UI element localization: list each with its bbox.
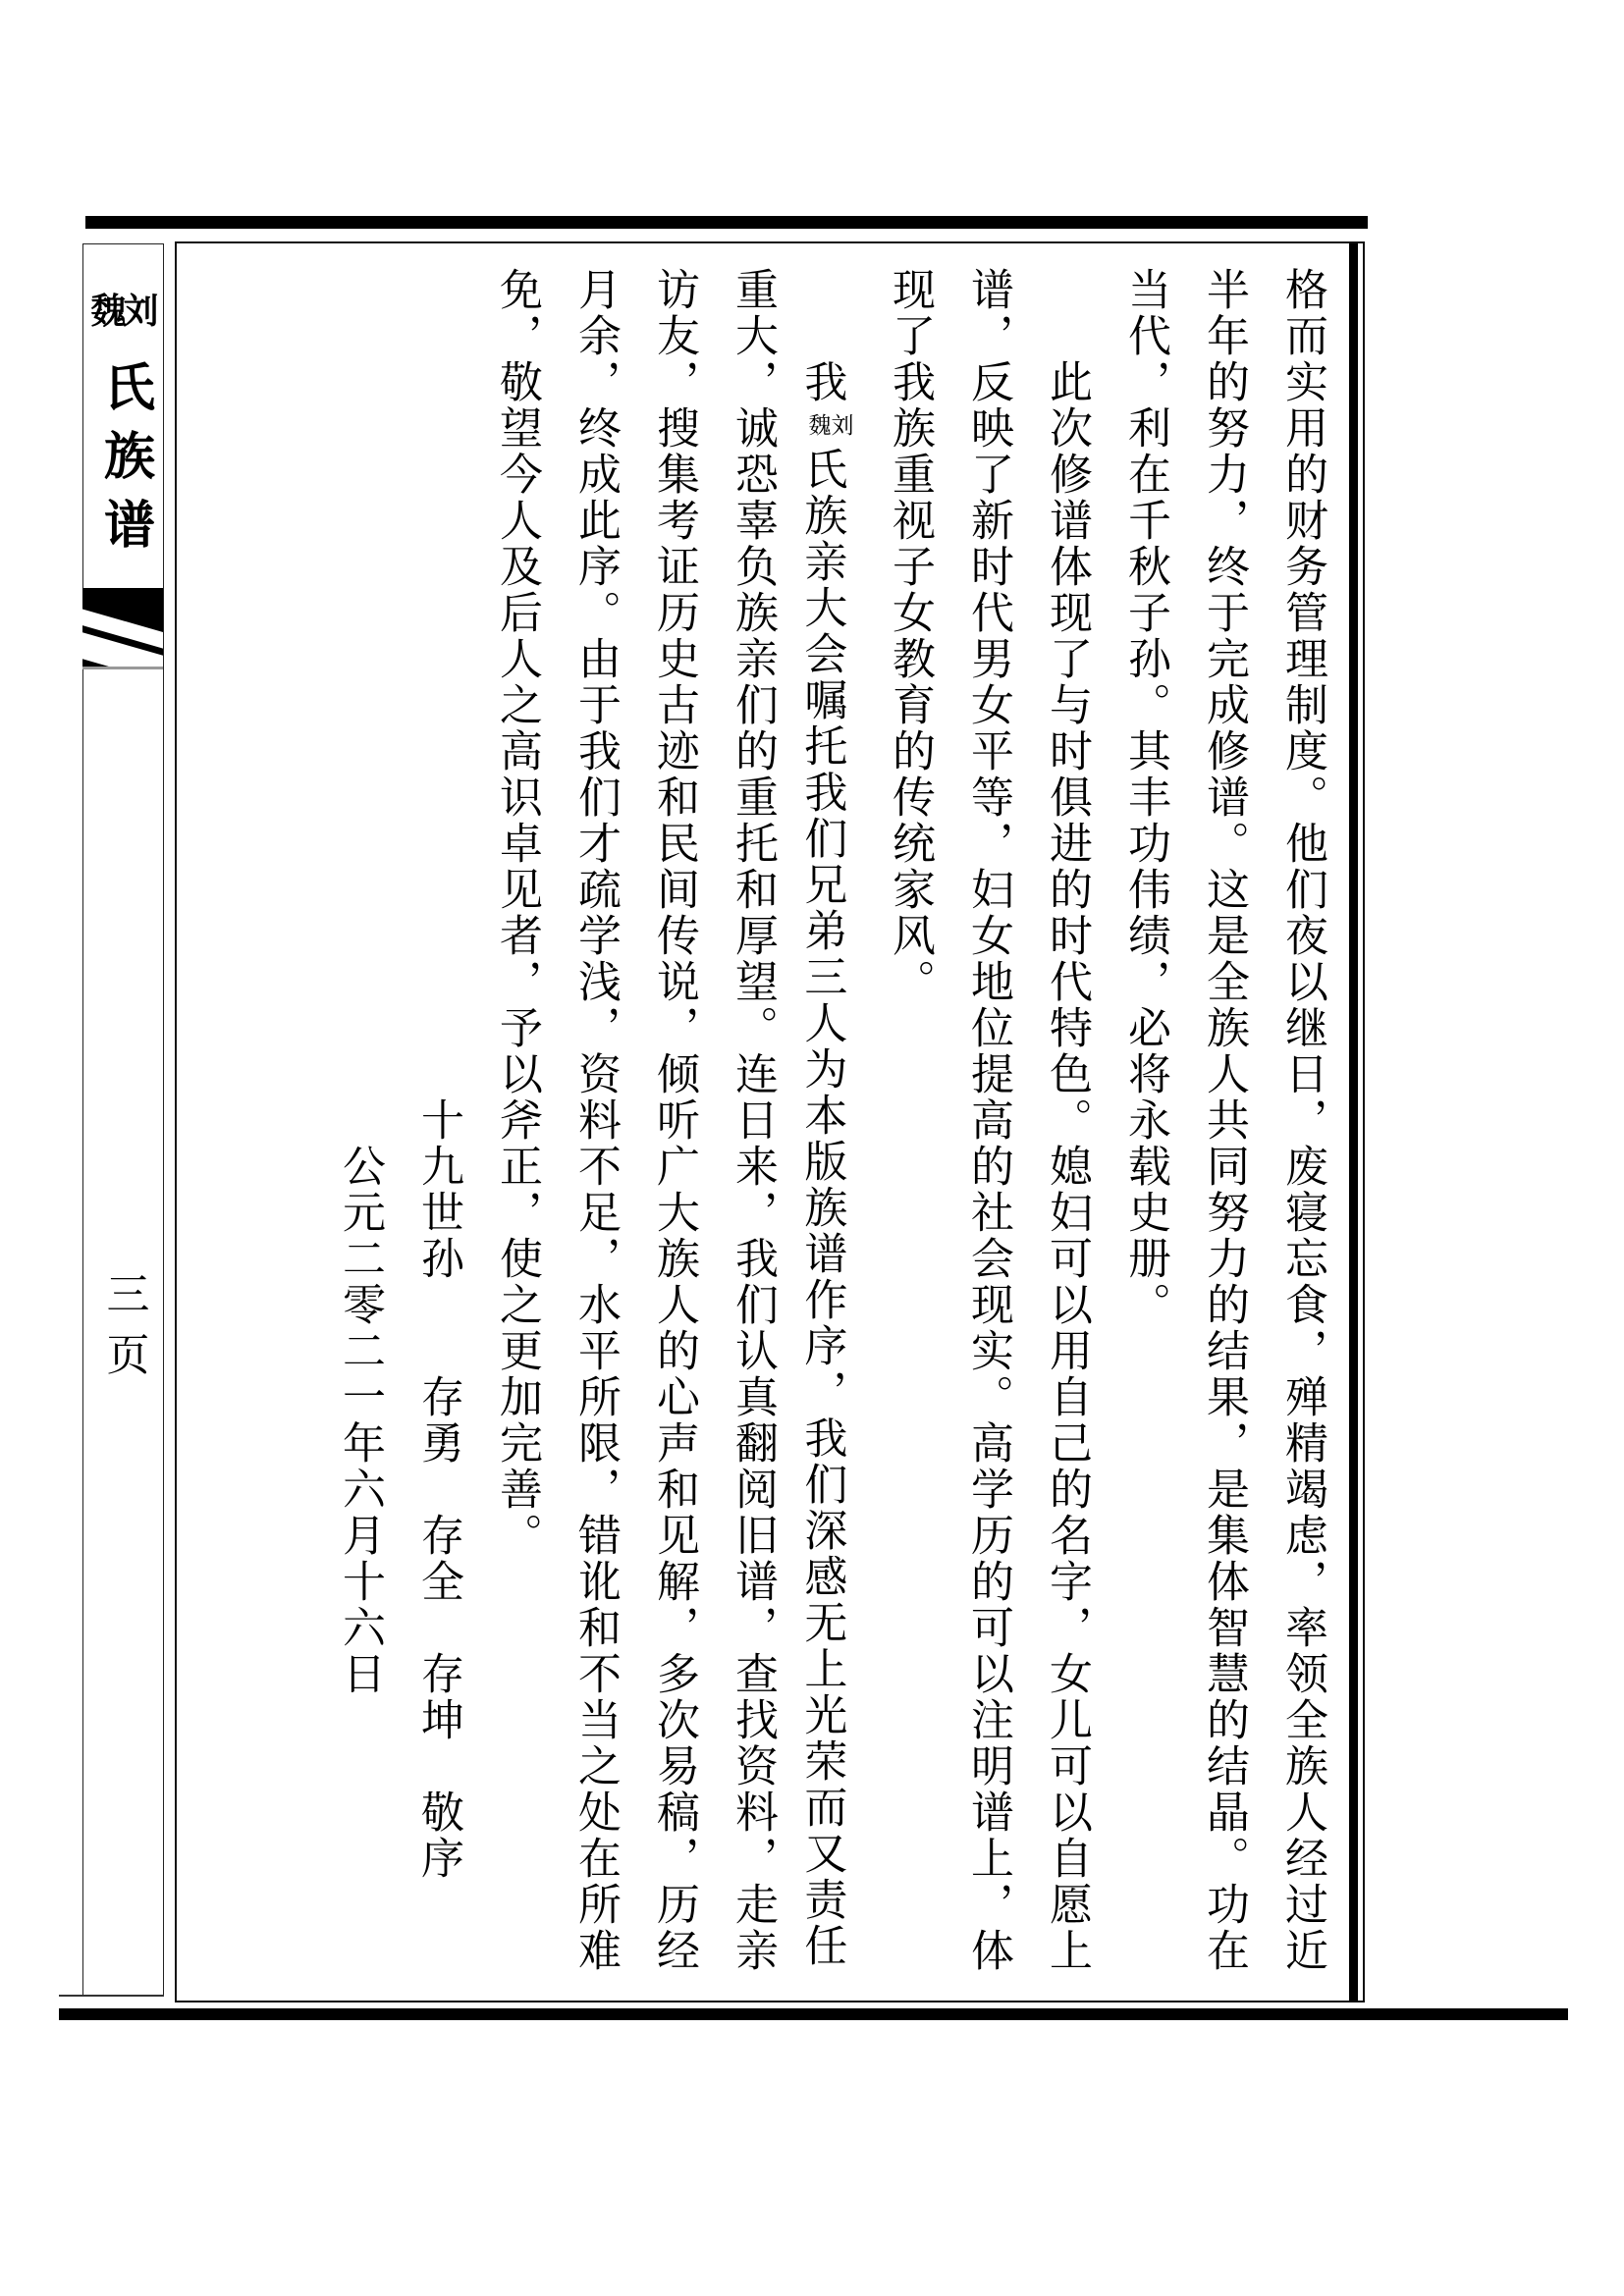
- text-column-1: 格而实用的财务管理制度。他们夜以继日，废寝忘食，殚精竭虑，率领全族人经过近: [1278, 267, 1326, 1975]
- text-column-9: 访友，搜集考证历史古迹和民间传说，倾听广大族人的心声和见解，多次易稿，历经: [650, 267, 697, 1975]
- top-border-bar: [85, 216, 1368, 229]
- text-column-7-pre: 我: [797, 267, 845, 405]
- clan-surnames-title: 魏刘: [83, 288, 163, 335]
- signature-column: 十九世孙 存勇 存全 存坤 敬序: [414, 267, 461, 1975]
- genealogy-title: 氏族谱: [84, 360, 163, 566]
- text-column-2: 半年的努力，终于完成修谱。这是全族人共同努力的结果，是集体智慧的结晶。功在: [1200, 267, 1247, 1975]
- text-column-11: 免，敬望今人及后人之高识卓见者，予以斧正，使之更加完善。: [493, 267, 540, 1975]
- frame-right-bar: [1349, 243, 1358, 2001]
- text-column-7: 我魏刘氏族亲大会嘱托我们兄弟三人为本版族谱作序，我们深感无上光荣而又责任: [807, 267, 854, 1975]
- sidebar-bottom-line: [59, 1995, 164, 1997]
- text-column-7-post: 氏族亲大会嘱托我们兄弟三人为本版族谱作序，我们深感无上光荣而又责任: [797, 447, 845, 1969]
- text-column-6: 现了我族重视子女教育的传统家风。: [886, 267, 933, 1975]
- page-number: 三页: [94, 1271, 153, 1393]
- date-column: 公元二零二一年六月十六日: [336, 267, 383, 1975]
- text-column-5: 谱，反映了新时代男女平等，妇女地位提高的社会现实。高学历的可以注明谱上，体: [964, 267, 1011, 1975]
- clan-name-compound: 魏刘: [808, 405, 854, 447]
- spine-tab-decoration: [82, 588, 163, 669]
- genealogy-page: 魏刘 氏族谱 三页 格而实用的财务管理制度。他们夜以继日，废寝忘食，殚精竭虑，率…: [0, 0, 1624, 2296]
- spine-sidebar: 魏刘 氏族谱 三页: [82, 243, 164, 1997]
- text-column-3: 当代，利在千秋子孙。其丰功伟绩，必将永载史册。: [1121, 267, 1168, 1975]
- text-column-10: 月余，终成此序。由于我们才疏学浅，资料不足，水平所限，错讹和不当之处在所难: [571, 267, 619, 1975]
- text-column-4: 此次修谱体现了与时俱进的时代特色。媳妇可以用自己的名字，女儿可以自愿上: [1043, 267, 1090, 1975]
- bottom-border-bar: [59, 2008, 1568, 2020]
- text-column-8: 重大，诚恐辜负族亲们的重托和厚望。连日来，我们认真翻阅旧谱，查找资料，走亲: [729, 267, 776, 1975]
